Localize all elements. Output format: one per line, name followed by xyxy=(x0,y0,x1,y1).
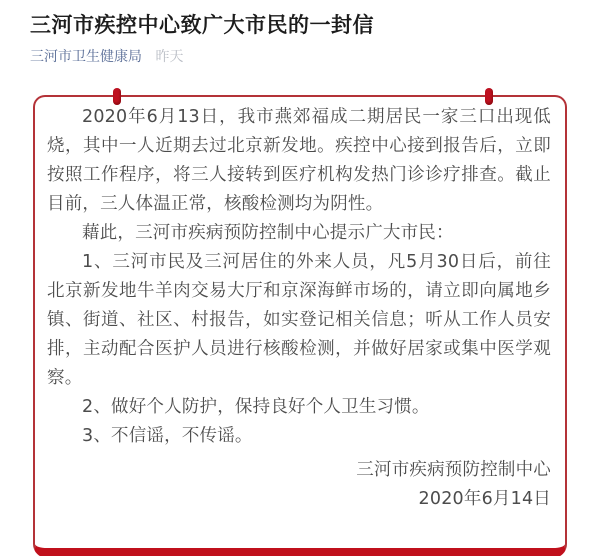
pin-icon-left xyxy=(113,88,121,105)
pin-icon-right xyxy=(485,88,493,105)
letter-paragraph: 3、不信谣，不传谣。 xyxy=(47,422,551,451)
article-page: 三河市疾控中心致广大市民的一封信 三河市卫生健康局 昨天 2020年6月13日，… xyxy=(0,0,600,556)
letter-body: 2020年6月13日，我市燕郊福成二期居民一家三口出现低烧，其中一人近期去过北京… xyxy=(47,103,551,451)
letter-box: 2020年6月13日，我市燕郊福成二期居民一家三口出现低烧，其中一人近期去过北京… xyxy=(33,95,567,556)
letter-paragraph: 2020年6月13日，我市燕郊福成二期居民一家三口出现低烧，其中一人近期去过北京… xyxy=(47,103,551,219)
signature-block: 三河市疾病预防控制中心 2020年6月14日 xyxy=(47,456,551,514)
page-title: 三河市疾控中心致广大市民的一封信 xyxy=(30,0,570,40)
account-name-link[interactable]: 三河市卫生健康局 xyxy=(30,49,142,65)
byline: 三河市卫生健康局 昨天 xyxy=(30,47,570,67)
publish-time: 昨天 xyxy=(155,49,183,65)
letter-paragraph: 1、三河市民及三河居住的外来人员，凡5月30日后，前往北京新发地牛羊肉交易大厅和… xyxy=(47,248,551,393)
signature-name: 三河市疾病预防控制中心 xyxy=(47,456,551,485)
letter-paragraph: 藉此，三河市疾病预防控制中心提示广大市民： xyxy=(47,219,551,248)
letter-paragraph: 2、做好个人防护，保持良好个人卫生习惯。 xyxy=(47,393,551,422)
signature-date: 2020年6月14日 xyxy=(47,485,551,514)
